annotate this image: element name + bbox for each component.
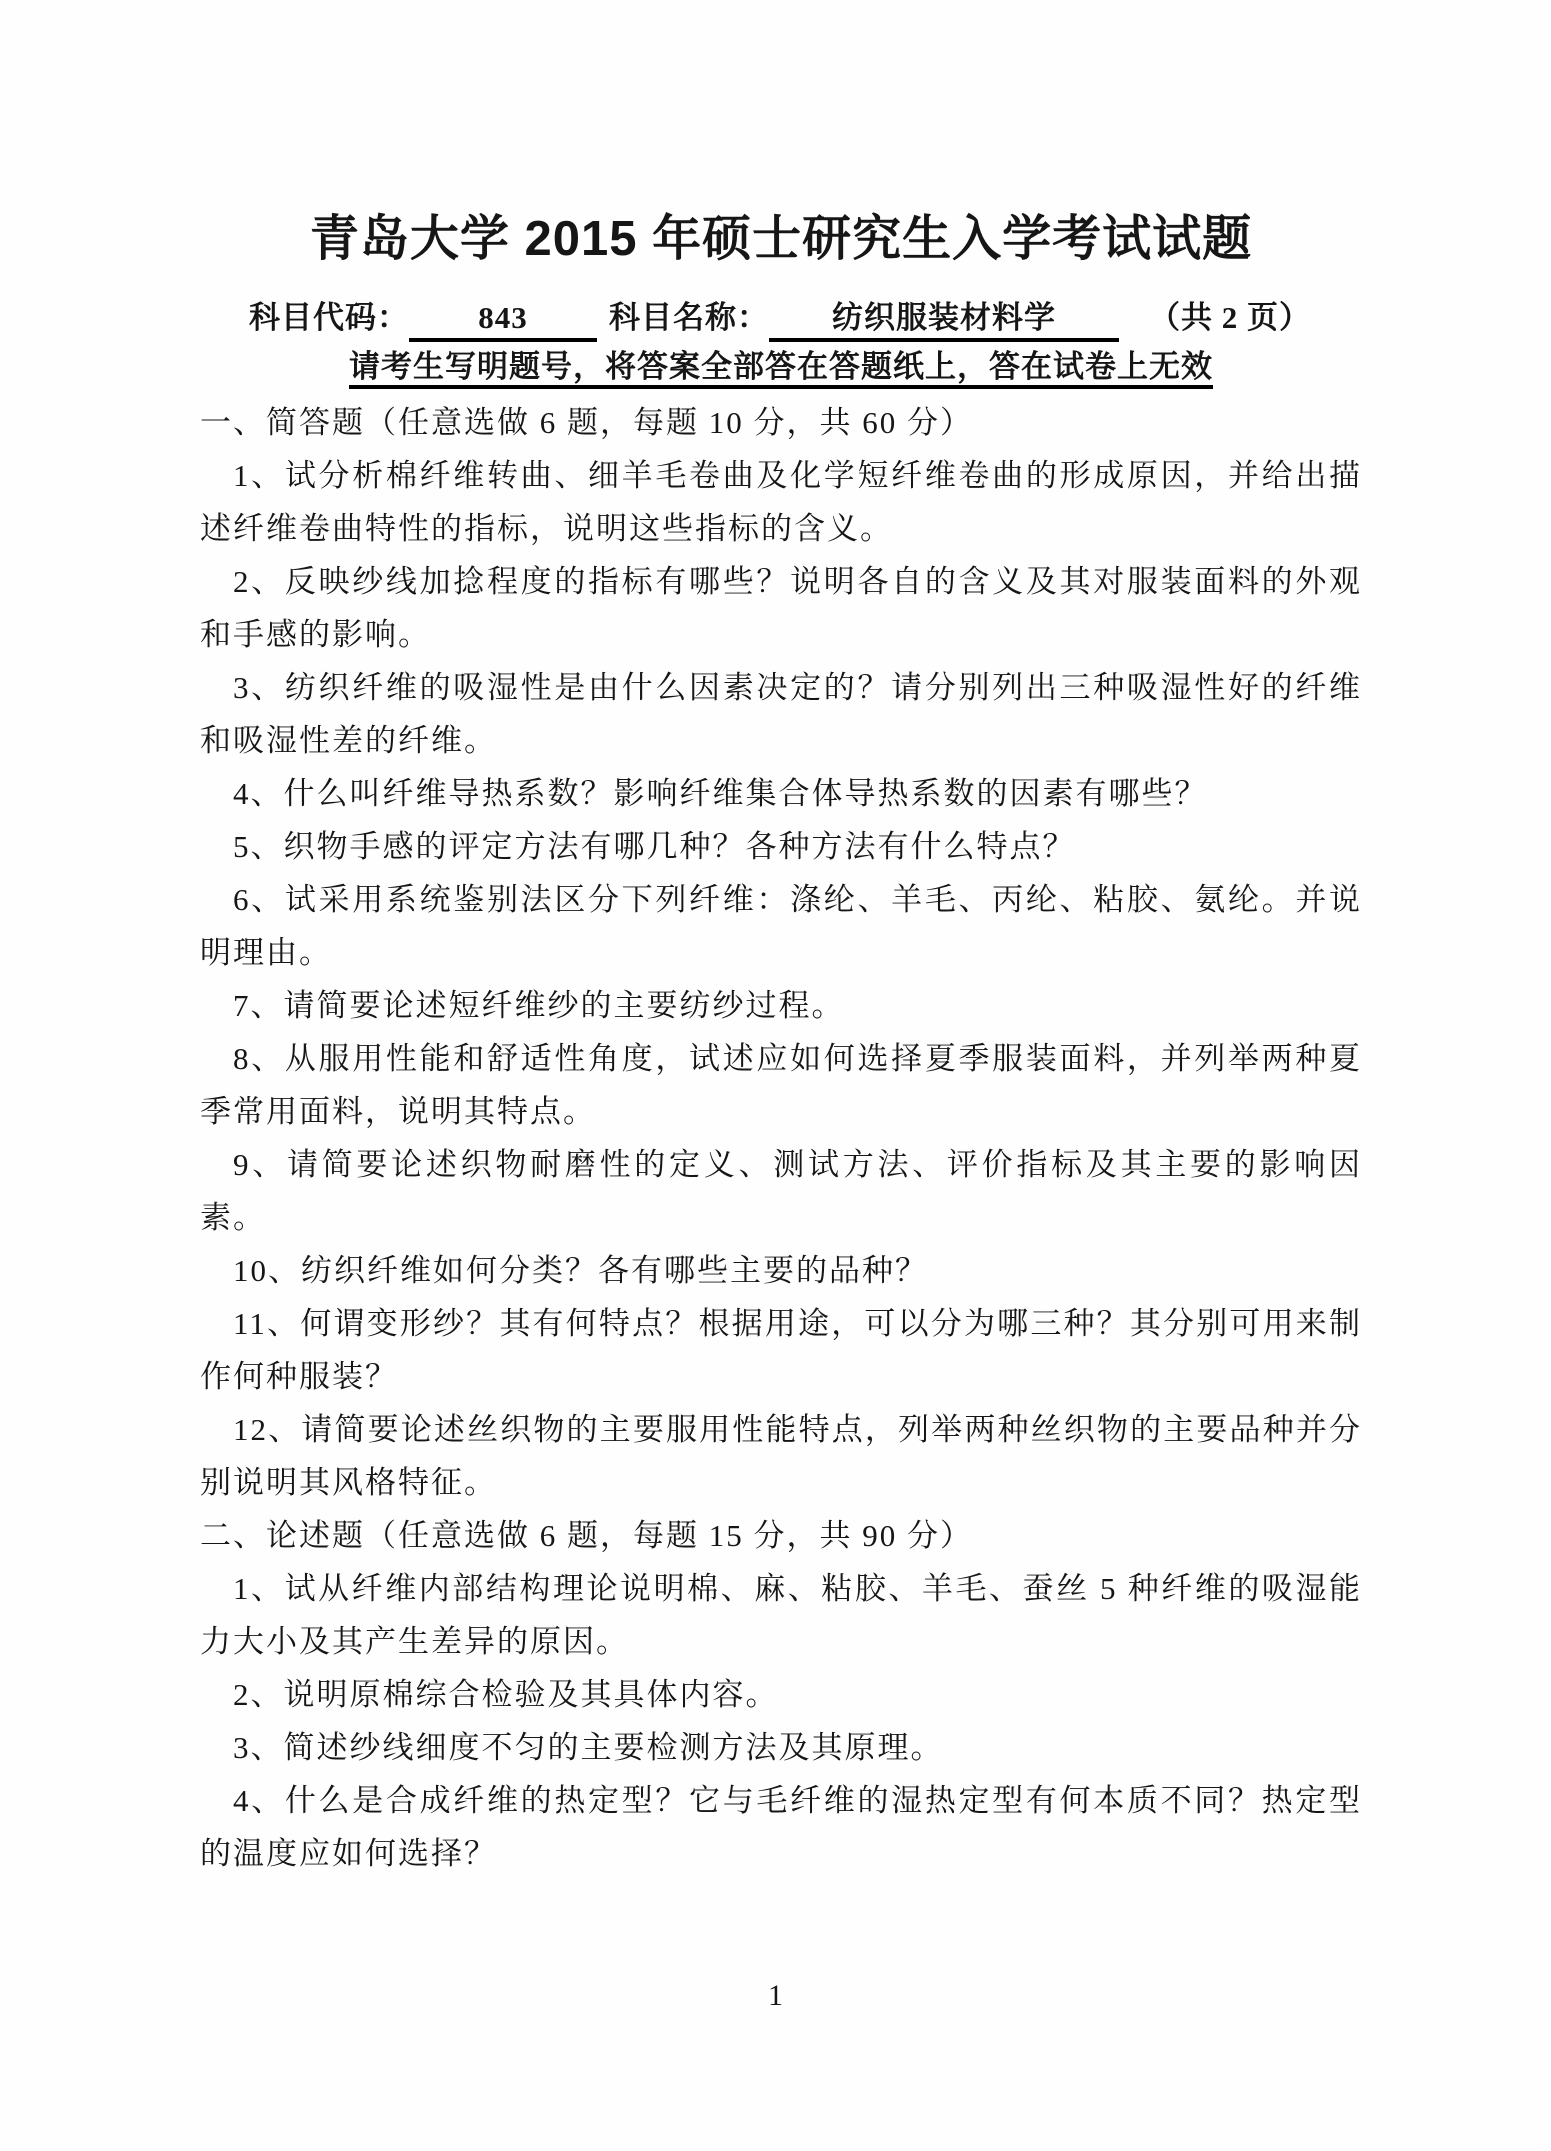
section-1-question-8: 8、从服用性能和舒适性角度，试述应如何选择夏季服装面料，并列举两种夏季常用面料，… (200, 1032, 1362, 1138)
section-1-question-6: 6、试采用系统鉴别法区分下列纤维：涤纶、羊毛、丙纶、粘胶、氨纶。并说明理由。 (200, 873, 1362, 979)
section-1-question-3: 3、纺织纤维的吸湿性是由什么因素决定的？请分别列出三种吸湿性好的纤维和吸湿性差的… (200, 661, 1362, 767)
section-1-question-1: 1、试分析棉纤维转曲、细羊毛卷曲及化学短纤维卷曲的形成原因，并给出描述纤维卷曲特… (200, 449, 1362, 555)
notice-row: 请考生写明题号，将答案全部答在答题纸上，答在试卷上无效 (200, 348, 1362, 389)
subject-code-label: 科目代码： (249, 300, 409, 335)
section-2-question-1: 1、试从纤维内部结构理论说明棉、麻、粘胶、羊毛、蚕丝 5 种纤维的吸湿能力大小及… (200, 1562, 1362, 1668)
exam-title: 青岛大学 2015 年硕士研究生入学考试试题 (200, 209, 1362, 269)
section-1-question-9: 9、请简要论述织物耐磨性的定义、测试方法、评价指标及其主要的影响因素。 (200, 1138, 1362, 1244)
total-pages-note: （共 2 页） (1149, 300, 1311, 335)
section-1-question-12: 12、请简要论述丝织物的主要服用性能特点，列举两种丝织物的主要品种并分别说明其风… (200, 1403, 1362, 1509)
section-1-heading: 一、简答题（任意选做 6 题，每题 10 分，共 60 分） (200, 396, 1362, 449)
answer-sheet-notice: 请考生写明题号，将答案全部答在答题纸上，答在试卷上无效 (349, 348, 1213, 389)
subject-code-value: 843 (409, 300, 597, 342)
section-1-question-4: 4、什么叫纤维导热系数？影响纤维集合体导热系数的因素有哪些？ (200, 767, 1362, 820)
section-1-question-2: 2、反映纱线加捻程度的指标有哪些？说明各自的含义及其对服装面料的外观和手感的影响… (200, 555, 1362, 661)
subject-name-label: 科目名称： (609, 300, 769, 335)
subject-name-value: 纺织服装材料学 (769, 300, 1119, 342)
page-number: 1 (0, 1979, 1551, 2013)
section-1-question-7: 7、请简要论述短纤维纱的主要纺纱过程。 (200, 979, 1362, 1032)
section-2-question-4: 4、什么是合成纤维的热定型？它与毛纤维的湿热定型有何本质不同？热定型的温度应如何… (200, 1774, 1362, 1880)
exam-body: 一、简答题（任意选做 6 题，每题 10 分，共 60 分） 1、试分析棉纤维转… (200, 396, 1362, 1880)
exam-paper-page: 青岛大学 2015 年硕士研究生入学考试试题 科目代码：843科目名称：纺织服装… (0, 0, 1551, 2151)
section-2-question-3: 3、简述纱线细度不匀的主要检测方法及其原理。 (200, 1721, 1362, 1774)
page-content: 青岛大学 2015 年硕士研究生入学考试试题 科目代码：843科目名称：纺织服装… (200, 0, 1362, 1880)
section-1-question-5: 5、织物手感的评定方法有哪几种？各种方法有什么特点？ (200, 820, 1362, 873)
section-2-question-2: 2、说明原棉综合检验及其具体内容。 (200, 1668, 1362, 1721)
subject-info-row: 科目代码：843科目名称：纺织服装材料学（共 2 页） (200, 296, 1362, 342)
section-1-question-10: 10、纺织纤维如何分类？各有哪些主要的品种？ (200, 1244, 1362, 1297)
section-1-question-11: 11、何谓变形纱？其有何特点？根据用途，可以分为哪三种？其分别可用来制作何种服装… (200, 1297, 1362, 1403)
section-2-heading: 二、论述题（任意选做 6 题，每题 15 分，共 90 分） (200, 1509, 1362, 1562)
